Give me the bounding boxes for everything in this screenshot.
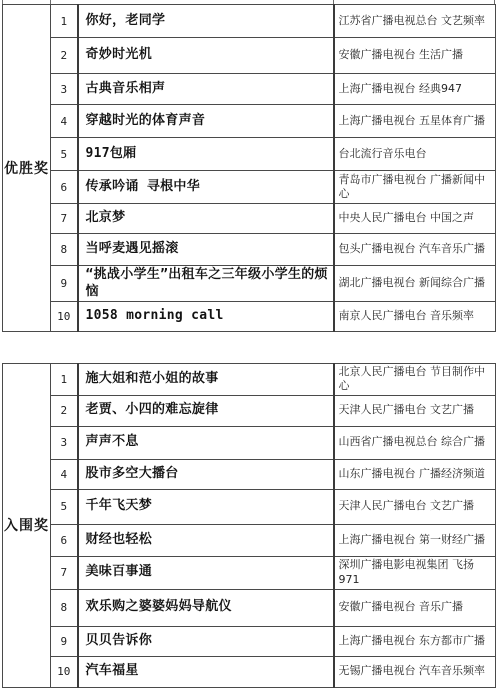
program-title: 你好，老同学 [78,5,334,38]
program-title: 古典音乐相声 [78,74,334,105]
table-row: 8欢乐购之婆婆妈妈导航仪安徽广播电视台 音乐广播 [3,589,496,626]
table-row: 101058 morning call南京人民广播电台 音乐频率 [3,302,496,332]
table-row: 9贝贝告诉你上海广播电视台 东方都市广播 [3,626,496,656]
row-number: 1 [51,5,78,38]
program-title: 老贾、小四的难忘旋律 [78,395,334,426]
broadcaster-channel: 深圳广播电影电视集团 飞扬971 [334,556,496,589]
program-title: 1058 morning call [78,302,334,332]
table-row: 6传承吟诵 寻根中华青岛市广播电视台 广播新闻中心 [3,171,496,204]
broadcaster-channel: 天津人民广播电台 文艺广播 [334,395,496,426]
program-title: 传承吟诵 寻根中华 [78,171,334,204]
table-row: 5917包厢台北流行音乐电台 [3,138,496,171]
row-number: 9 [51,266,78,302]
row-number: 2 [51,395,78,426]
row-number: 7 [51,556,78,589]
program-title: 北京梦 [78,204,334,234]
broadcaster-channel: 安徽广播电视台 生活广播 [334,38,496,74]
table-row: 6财经也轻松上海广播电视台 第一财经广播 [3,524,496,556]
table-row: 3古典音乐相声上海广播电视台 经典947 [3,74,496,105]
program-title: 奇妙时光机 [78,38,334,74]
broadcaster-channel: 无锡广播电视台 汽车音乐频率 [334,656,496,687]
broadcaster-channel: 安徽广播电视台 音乐广播 [334,589,496,626]
table-row: 入围奖1施大姐和范小姐的故事北京人民广播电台 节目制作中心 [3,364,496,396]
award-category-label: 优胜奖 [3,5,51,332]
row-number: 9 [51,626,78,656]
broadcaster-channel: 台北流行音乐电台 [334,138,496,171]
broadcaster-channel: 上海广播电视台 经典947 [334,74,496,105]
program-title: 声声不息 [78,426,334,459]
row-number: 8 [51,589,78,626]
row-number: 4 [51,105,78,138]
broadcaster-channel: 上海广播电视台 东方都市广播 [334,626,496,656]
broadcaster-channel: 天津人民广播电台 文艺广播 [334,489,496,524]
awards-document: 优胜奖1你好，老同学江苏省广播电视总台 文艺频率2奇妙时光机安徽广播电视台 生活… [0,0,500,690]
row-number: 5 [51,489,78,524]
program-title: “挑战小学生”出租车之三年级小学生的烦恼 [78,266,334,302]
table-row: 7北京梦中央人民广播电台 中国之声 [3,204,496,234]
broadcaster-channel: 上海广播电视台 第一财经广播 [334,524,496,556]
table-row: 4穿越时光的体育声音上海广播电视台 五星体育广播 [3,105,496,138]
table-row: 2老贾、小四的难忘旋律天津人民广播电台 文艺广播 [3,395,496,426]
program-title: 施大姐和范小姐的故事 [78,364,334,396]
program-title: 千年飞天梦 [78,489,334,524]
row-number: 5 [51,138,78,171]
row-number: 4 [51,459,78,489]
row-number: 3 [51,426,78,459]
program-title: 美味百事通 [78,556,334,589]
broadcaster-channel: 山东广播电视台 广播经济频道 [334,459,496,489]
row-number: 6 [51,171,78,204]
table-row: 4股市多空大播台山东广播电视台 广播经济频道 [3,459,496,489]
broadcaster-channel: 青岛市广播电视台 广播新闻中心 [334,171,496,204]
row-number: 1 [51,364,78,396]
program-title: 917包厢 [78,138,334,171]
broadcaster-channel: 江苏省广播电视总台 文艺频率 [334,5,496,38]
award-category-label: 入围奖 [3,364,51,688]
program-title: 贝贝告诉你 [78,626,334,656]
row-number: 10 [51,302,78,332]
finalist-award-table: 入围奖1施大姐和范小姐的故事北京人民广播电台 节目制作中心2老贾、小四的难忘旋律… [2,363,496,688]
broadcaster-channel: 山西省广播电视总台 综合广播 [334,426,496,459]
row-number: 6 [51,524,78,556]
program-title: 当呼麦遇见摇滚 [78,234,334,266]
broadcaster-channel: 中央人民广播电台 中国之声 [334,204,496,234]
row-number: 8 [51,234,78,266]
broadcaster-channel: 南京人民广播电台 音乐频率 [334,302,496,332]
row-number: 10 [51,656,78,687]
table-row: 10汽车福星无锡广播电视台 汽车音乐频率 [3,656,496,687]
row-number: 7 [51,204,78,234]
program-title: 穿越时光的体育声音 [78,105,334,138]
row-number: 3 [51,74,78,105]
table-row: 优胜奖1你好，老同学江苏省广播电视总台 文艺频率 [3,5,496,38]
program-title: 汽车福星 [78,656,334,687]
table-row: 8当呼麦遇见摇滚包头广播电视台 汽车音乐广播 [3,234,496,266]
broadcaster-channel: 湖北广播电视台 新闻综合广播 [334,266,496,302]
row-number: 2 [51,38,78,74]
program-title: 财经也轻松 [78,524,334,556]
table-row: 3声声不息山西省广播电视总台 综合广播 [3,426,496,459]
table-row: 7美味百事通深圳广播电影电视集团 飞扬971 [3,556,496,589]
program-title: 股市多空大播台 [78,459,334,489]
broadcaster-channel: 上海广播电视台 五星体育广播 [334,105,496,138]
table-row: 2奇妙时光机安徽广播电视台 生活广播 [3,38,496,74]
table-row: 5千年飞天梦天津人民广播电台 文艺广播 [3,489,496,524]
table-row: 9“挑战小学生”出租车之三年级小学生的烦恼湖北广播电视台 新闻综合广播 [3,266,496,302]
winner-award-table: 优胜奖1你好，老同学江苏省广播电视总台 文艺频率2奇妙时光机安徽广播电视台 生活… [2,4,496,332]
broadcaster-channel: 包头广播电视台 汽车音乐广播 [334,234,496,266]
program-title: 欢乐购之婆婆妈妈导航仪 [78,589,334,626]
broadcaster-channel: 北京人民广播电台 节目制作中心 [334,364,496,396]
